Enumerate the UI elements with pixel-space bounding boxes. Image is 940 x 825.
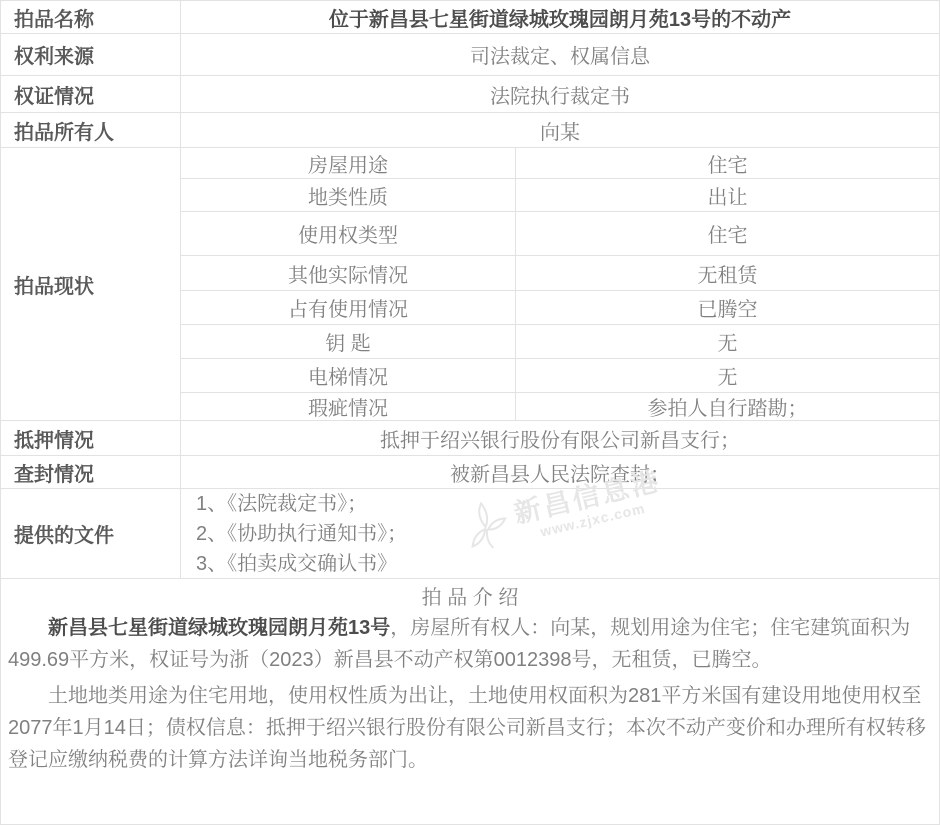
row-label: 查封情况: [1, 456, 181, 488]
subrow-value: 已腾空: [516, 291, 939, 324]
subrow-defects: 瑕疵情况 参拍人自行踏勘；: [181, 393, 939, 420]
subrow-land-type: 地类性质 出让: [181, 179, 939, 212]
status-subrows: 房屋用途 住宅 地类性质 出让 使用权类型 住宅 其他实际情况 无租赁 占有使用…: [181, 148, 939, 420]
section-label: 拍品现状: [1, 148, 181, 420]
table-row-item-name: 拍品名称 位于新昌县七星街道绿城玫瑰园朗月苑13号的不动产: [1, 1, 939, 34]
row-label: 提供的文件: [1, 489, 181, 578]
subrow-name: 占有使用情况: [181, 291, 516, 324]
table-section-status: 拍品现状 房屋用途 住宅 地类性质 出让 使用权类型 住宅 其他实际情况 无租赁…: [1, 148, 939, 421]
subrow-value: 参拍人自行踏勘；: [516, 393, 939, 420]
subrow-other-actual: 其他实际情况 无租赁: [181, 256, 939, 291]
table-row-seizure: 查封情况 被新昌县人民法院查封；: [1, 456, 939, 489]
subrow-name: 钥 匙: [181, 325, 516, 358]
introduction-paragraph-2: 土地地类用途为住宅用地，使用权性质为出让，土地使用权面积为281平方米国有建设用…: [8, 680, 932, 776]
table-row-mortgage: 抵押情况 抵押于绍兴银行股份有限公司新昌支行；: [1, 421, 939, 456]
subrow-house-use: 房屋用途 住宅: [181, 148, 939, 179]
introduction-paragraph-1: 新昌县七星街道绿城玫瑰园朗月苑13号，房屋所有权人：向某，规划用途为住宅；住宅建…: [8, 612, 932, 676]
property-address-bold: 新昌县七星街道绿城玫瑰园朗月苑13号: [48, 617, 390, 639]
row-label: 权利来源: [1, 34, 181, 75]
subrow-name: 其他实际情况: [181, 256, 516, 290]
row-value: 位于新昌县七星街道绿城玫瑰园朗月苑13号的不动产: [181, 1, 939, 33]
subrow-occupancy: 占有使用情况 已腾空: [181, 291, 939, 325]
subrow-value: 无: [516, 359, 939, 392]
row-label: 权证情况: [1, 76, 181, 112]
table-row-certificate: 权证情况 法院执行裁定书: [1, 76, 939, 113]
document-item: 1、《法院裁定书》；: [196, 489, 939, 519]
auction-info-page: 拍品名称 位于新昌县七星街道绿城玫瑰园朗月苑13号的不动产 权利来源 司法裁定、…: [0, 0, 940, 825]
row-value: 向某: [181, 113, 939, 147]
introduction-heading: 拍 品 介 绍: [8, 584, 932, 612]
row-value: 抵押于绍兴银行股份有限公司新昌支行；: [181, 421, 939, 455]
document-item: 2、《协助执行通知书》；: [196, 519, 939, 549]
subrow-name: 瑕疵情况: [181, 393, 516, 420]
subrow-usage-right-type: 使用权类型 住宅: [181, 212, 939, 256]
subrow-name: 房屋用途: [181, 148, 516, 178]
row-label: 拍品所有人: [1, 113, 181, 147]
subrow-value: 无: [516, 325, 939, 358]
subrow-name: 电梯情况: [181, 359, 516, 392]
row-value: 被新昌县人民法院查封；: [181, 456, 939, 488]
subrow-key: 钥 匙 无: [181, 325, 939, 359]
subrow-name: 使用权类型: [181, 212, 516, 255]
subrow-value: 无租赁: [516, 256, 939, 290]
subrow-name: 地类性质: [181, 179, 516, 211]
subrow-value: 住宅: [516, 148, 939, 178]
subrow-elevator: 电梯情况 无: [181, 359, 939, 393]
subrow-value: 住宅: [516, 212, 939, 255]
document-item: 3、《拍卖成交确认书》: [196, 549, 939, 579]
row-label: 抵押情况: [1, 421, 181, 455]
row-value: 法院执行裁定书: [181, 76, 939, 112]
documents-list: 1、《法院裁定书》； 2、《协助执行通知书》； 3、《拍卖成交确认书》: [181, 489, 939, 578]
table-row-documents: 提供的文件 1、《法院裁定书》； 2、《协助执行通知书》； 3、《拍卖成交确认书…: [1, 489, 939, 579]
row-label: 拍品名称: [1, 1, 181, 33]
subrow-value: 出让: [516, 179, 939, 211]
table-row-owner: 拍品所有人 向某: [1, 113, 939, 148]
table-row-rights-source: 权利来源 司法裁定、权属信息: [1, 34, 939, 76]
item-introduction-section: 拍 品 介 绍 新昌县七星街道绿城玫瑰园朗月苑13号，房屋所有权人：向某，规划用…: [1, 579, 939, 824]
row-value: 司法裁定、权属信息: [181, 34, 939, 75]
